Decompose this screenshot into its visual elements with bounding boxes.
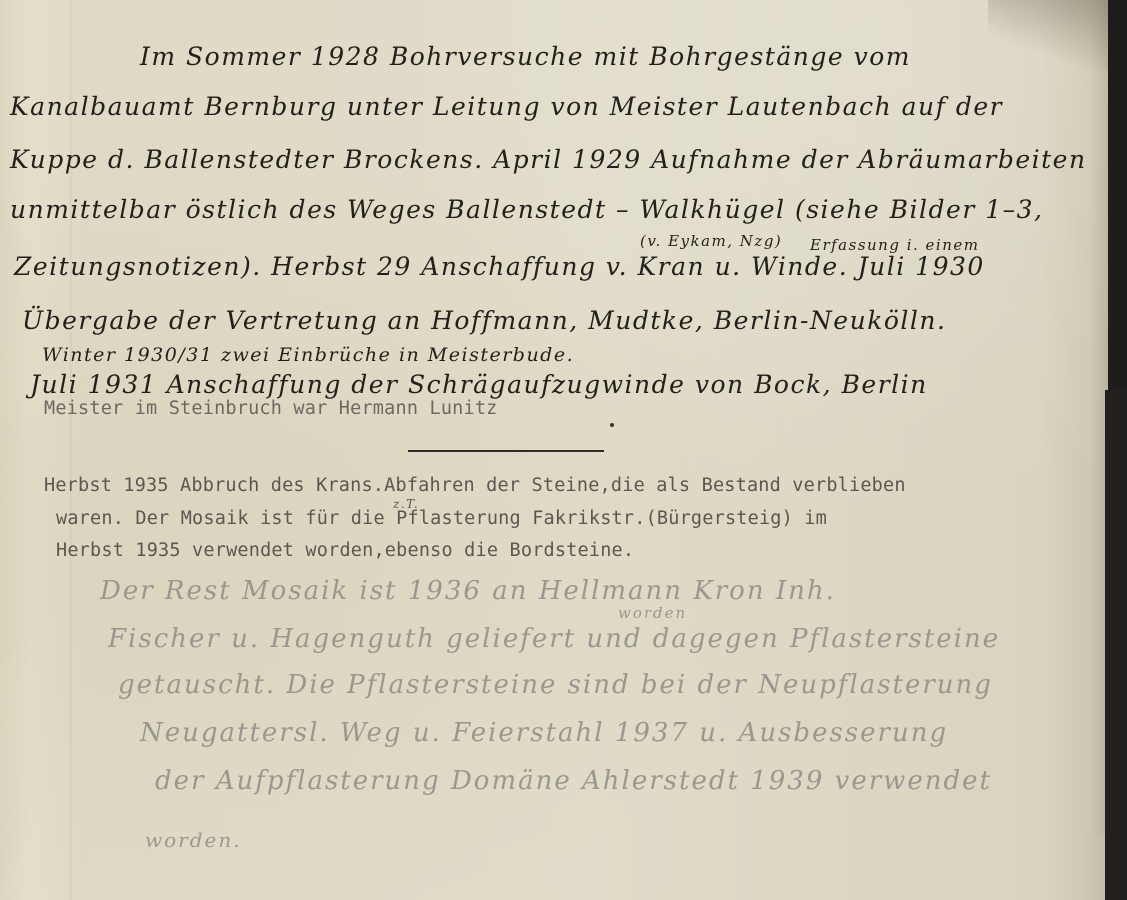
pencil-line-3: getauscht. Die Pflastersteine sind bei d… [118,670,993,700]
typed-paragraph-line-3: Herbst 1935 verwendet worden,ebenso die … [56,540,634,561]
document-page: Im Sommer 1928 Bohrversuche mit Bohrgest… [0,0,1108,900]
pencil-line-2: Fischer u. Hagenguth geliefert und dageg… [108,624,1000,654]
pencil-insert-worden: worden [618,604,687,622]
handwritten-line-1: Im Sommer 1928 Bohrversuche mit Bohrgest… [140,42,911,71]
book-binding-edge [1105,390,1127,900]
typed-paragraph-line-2: waren. Der Mosaik ist für die Pflasterun… [56,508,827,529]
handwritten-line-8: Juli 1931 Anschaffung der Schrägaufzugwi… [30,370,928,399]
pencil-line-5: der Aufpflasterung Domäne Ahlerstedt 193… [155,766,992,796]
handwritten-line-6: Übergabe der Vertretung an Hoffmann, Mud… [22,306,946,335]
separator-line [408,450,604,452]
page-corner-shadow [988,0,1108,70]
typed-line-meister: Meister im Steinbruch war Hermann Lunitz [44,398,498,419]
pencil-line-1: Der Rest Mosaik ist 1936 an Hellmann Kro… [100,576,836,606]
handwritten-line-2: Kanalbauamt Bernburg unter Leitung von M… [10,92,1003,121]
ink-dot [610,423,614,427]
interlinear-note: (v. Eykam, Nzg) [640,232,782,250]
handwritten-line-3: Kuppe d. Ballenstedter Brockens. April 1… [10,145,1087,174]
handwritten-line-7: Winter 1930/31 zwei Einbrüche in Meister… [42,344,574,366]
handwritten-line-5: Zeitungsnotizen). Herbst 29 Anschaffung … [14,252,985,281]
typed-paragraph-line-1: Herbst 1935 Abbruch des Krans.Abfahren d… [44,475,906,496]
pencil-line-4: Neugattersl. Weg u. Feierstahl 1937 u. A… [140,718,948,748]
handwritten-line-4: unmittelbar östlich des Weges Ballensted… [10,195,1044,224]
pencil-line-6: worden. [145,828,242,852]
